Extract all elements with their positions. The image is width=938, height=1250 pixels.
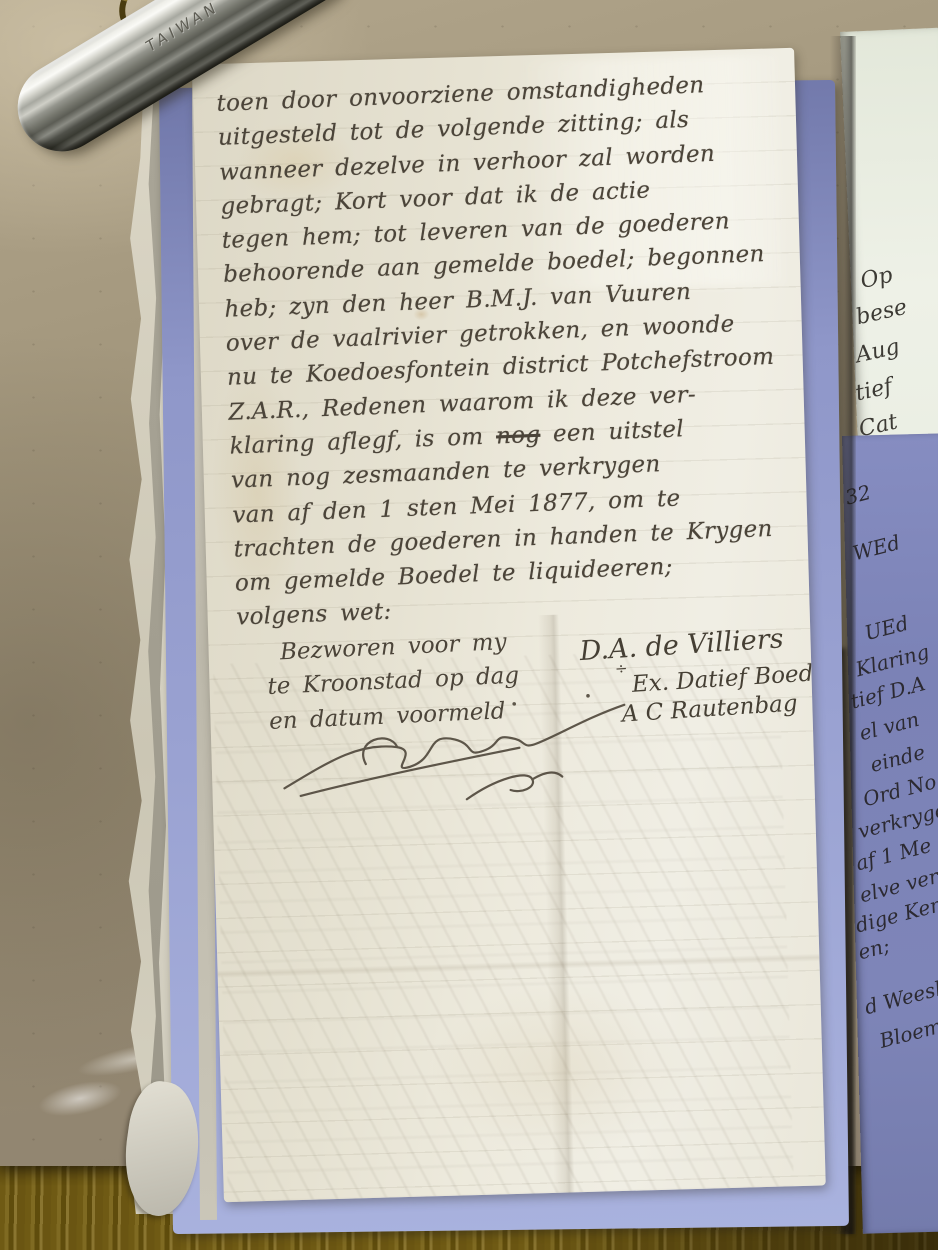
handwriting-fragment: el van [857,707,922,745]
handwriting-fragment: einde [868,740,928,777]
handwriting-fragment: Bloemf [877,1012,938,1053]
handwriting-fragment: Op [858,263,895,294]
handwriting-fragment: UEd [862,611,911,645]
handwriting-fragment: Aug [853,334,902,368]
document-photo: Op bese Aug tief Cat 32 WEd UEd Klaring … [0,0,938,1250]
handwriting-fragment: WEd [850,530,902,565]
handwriting-fragment: d Weeshe [862,972,938,1019]
manuscript-text: toen door onvoorziene omstandigheden uit… [216,69,803,639]
clip-engraving-text: TAIWAN [144,0,222,56]
handwriting-fragment: bese [854,295,910,331]
struck-out-word: nog [496,422,541,450]
handwriting-fragment: en; [856,933,892,964]
manuscript-page: toen door onvoorziene omstandigheden uit… [192,48,826,1202]
handwriting-fragment: tief [853,374,895,406]
signature-flourish [268,682,652,833]
line-text: een uitstel [540,416,685,447]
